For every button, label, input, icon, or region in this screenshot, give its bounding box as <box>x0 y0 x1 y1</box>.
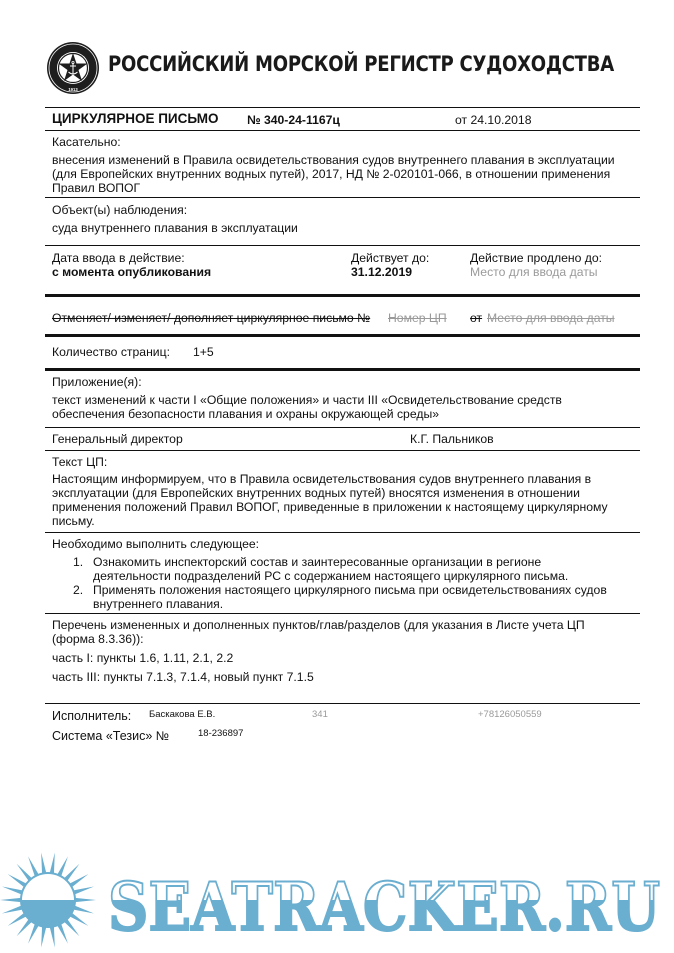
action-line: Ознакомить инспекторский состав и заинте… <box>93 555 541 569</box>
changes-part1: часть I: пункты 1.6, 1.11, 2.1, 2.2 <box>52 651 233 665</box>
action-line: внутреннего плавания. <box>93 597 223 611</box>
executor-extension: 341 <box>312 708 328 722</box>
regarding-line: Правил ВОПОГ <box>52 181 140 195</box>
letter-number: № 340-24-1167ц <box>247 113 340 127</box>
sun-icon <box>0 852 96 947</box>
action-number: 2. <box>73 583 83 597</box>
seatracker-watermark: SEATRACKER.RU SEATRACKER.RU <box>0 848 674 953</box>
system-label: Система «Тезис» № <box>52 729 169 743</box>
executor-phone: +78126050559 <box>478 708 542 722</box>
divider <box>45 197 640 198</box>
divider <box>45 613 640 614</box>
action-line: Применять положения настоящего циркулярн… <box>93 583 607 597</box>
body-line: эксплуатации (для Европейских внутренних… <box>52 486 580 500</box>
attachments-line: текст изменений к части I «Общие положен… <box>52 393 562 407</box>
system-number: 18-236897 <box>198 727 243 741</box>
body-line: Настоящим информируем, что в Правила осв… <box>52 472 591 486</box>
actions-label: Необходимо выполнить следующее: <box>52 537 259 551</box>
divider <box>45 427 640 428</box>
signatory-position: Генеральный директор <box>52 432 183 446</box>
extended-until-label: Действие продлено до: <box>470 251 602 265</box>
rs-emblem-icon: 1913 <box>46 41 100 95</box>
divider <box>45 450 640 451</box>
divider <box>45 334 640 337</box>
replaces-label: Отменяет/ изменяет/ дополняет циркулярно… <box>52 311 370 325</box>
letter-date: от 24.10.2018 <box>455 113 531 127</box>
divider <box>45 245 640 246</box>
body-line: письму. <box>52 514 95 528</box>
pages-value: 1+5 <box>193 345 214 359</box>
divider <box>45 368 640 371</box>
divider <box>45 532 640 533</box>
pages-label: Количество страниц: <box>52 345 170 359</box>
objects-value: суда внутреннего плавания в эксплуатации <box>52 221 298 235</box>
replaces-from-label: от <box>470 311 482 325</box>
organization-title: РОССИЙСКИЙ МОРСКОЙ РЕГИСТР СУДОХОДСТВА <box>108 52 614 76</box>
objects-label: Объект(ы) наблюдения: <box>52 203 187 217</box>
regarding-line: (для Европейских внутренних водных путей… <box>52 167 610 181</box>
changes-label: (форма 8.3.36)): <box>52 632 144 646</box>
valid-until-label: Действует до: <box>351 251 429 265</box>
body-line: применения положений Правил ВОПОГ, приве… <box>52 500 608 514</box>
attachments-label: Приложение(я): <box>52 375 142 389</box>
changes-part3: часть III: пункты 7.1.3, 7.1.4, новый пу… <box>52 670 314 684</box>
divider <box>45 294 640 297</box>
valid-until-value: 31.12.2019 <box>351 265 412 279</box>
regarding-label: Касательно: <box>52 135 121 149</box>
effective-date-label: Дата ввода в действие: <box>52 251 185 265</box>
replaces-date-field[interactable]: Место для ввода даты <box>487 311 615 325</box>
executor-name: Баскакова Е.В. <box>149 708 215 722</box>
divider <box>45 703 640 704</box>
executor-label: Исполнитель: <box>52 709 131 723</box>
extended-until-field[interactable]: Место для ввода даты <box>470 265 598 279</box>
action-line: деятельности подразделений РС с содержан… <box>93 569 568 583</box>
effective-date-value: с момента опубликования <box>52 265 211 279</box>
changes-label: Перечень измененных и дополненных пункто… <box>52 618 585 632</box>
svg-text:1913: 1913 <box>68 87 78 92</box>
letter-type: ЦИРКУЛЯРНОЕ ПИСЬМО <box>52 112 218 126</box>
body-label: Текст ЦП: <box>52 455 107 469</box>
action-number: 1. <box>73 555 83 569</box>
divider <box>45 107 640 108</box>
regarding-line: внесения изменений в Правила освидетельс… <box>52 153 615 167</box>
divider <box>45 130 640 131</box>
attachments-line: обеспечения безопасности плавания и охра… <box>52 407 439 421</box>
signatory-name: К.Г. Пальников <box>410 432 494 446</box>
replaces-number-field[interactable]: Номер ЦП <box>388 311 447 325</box>
